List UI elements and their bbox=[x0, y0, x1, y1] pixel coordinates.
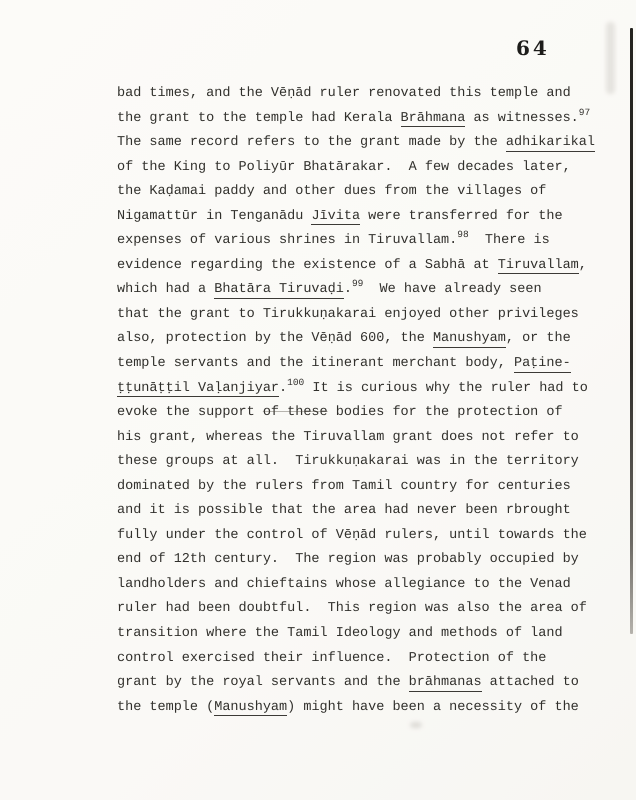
text-line: the temple (Manushyam) might have been a… bbox=[117, 696, 622, 721]
overstruck-text: of these bbox=[263, 405, 328, 420]
text-line: these groups at all. Tirukkuṇakarai was … bbox=[117, 450, 622, 475]
underlined-term: Brāhmana bbox=[401, 111, 466, 128]
text-run: the Kaḍamai paddy and other dues from th… bbox=[117, 184, 546, 199]
underlined-term: Bhatāra Tiruvaḍi bbox=[214, 282, 344, 299]
text-line: that the grant to Tirukkuṇakarai enjoyed… bbox=[117, 303, 622, 328]
scanned-document-page: 64 bad times, and the Vēṇād ruler renova… bbox=[0, 0, 636, 800]
text-line: ṭṭunāṭṭil Vaḷanjiyar.100 It is curious w… bbox=[117, 377, 622, 402]
text-run: as witnesses. bbox=[465, 111, 578, 126]
text-line: bad times, and the Vēṇād ruler renovated… bbox=[117, 82, 622, 107]
text-block: bad times, and the Vēṇād ruler renovated… bbox=[117, 82, 622, 720]
text-line: temple servants and the itinerant mercha… bbox=[117, 352, 622, 377]
text-run: , or the bbox=[506, 331, 571, 346]
text-run: The same record refers to the grant made… bbox=[117, 135, 506, 150]
text-line: which had a Bhatāra Tiruvaḍi.99 We have … bbox=[117, 278, 622, 303]
footnote-reference: 98 bbox=[457, 229, 468, 240]
text-run: . bbox=[344, 282, 352, 297]
text-run: bodies for the protection of bbox=[328, 405, 563, 420]
text-line: evoke the support of these bodies for th… bbox=[117, 401, 622, 426]
text-run: these groups at all. Tirukkuṇakarai was … bbox=[117, 454, 579, 469]
text-run: expenses of various shrines in Tiruvalla… bbox=[117, 233, 457, 248]
text-line: fully under the control of Vēṇād rulers,… bbox=[117, 524, 622, 549]
text-line: the grant to the temple had Kerala Brāhm… bbox=[117, 107, 622, 132]
text-line: his grant, whereas the Tiruvallam grant … bbox=[117, 426, 622, 451]
underlined-term: Paṭine- bbox=[514, 356, 571, 373]
text-line: dominated by the rulers from Tamil count… bbox=[117, 475, 622, 500]
text-run: were transferred for the bbox=[360, 209, 563, 224]
text-run: of the King to Poliyūr Bhatārakar. A few… bbox=[117, 160, 571, 175]
text-run: ) might have been a necessity of the bbox=[287, 700, 579, 715]
text-run: evidence regarding the existence of a Sa… bbox=[117, 258, 498, 273]
text-run: There is bbox=[469, 233, 550, 248]
footnote-reference: 99 bbox=[352, 278, 363, 289]
text-run: the grant to the temple had Kerala bbox=[117, 111, 401, 126]
text-run: end of 12th century. The region was prob… bbox=[117, 552, 579, 567]
text-line: Nigamattūr in Tenganādu Jīvita were tran… bbox=[117, 205, 622, 230]
text-run: bad times, and the Vēṇād ruler renovated… bbox=[117, 86, 571, 101]
text-run: Nigamattūr in Tenganādu bbox=[117, 209, 311, 224]
text-run: dominated by the rulers from Tamil count… bbox=[117, 479, 571, 494]
text-run: attached to bbox=[482, 675, 579, 690]
text-run: control exercised their influence. Prote… bbox=[117, 651, 546, 666]
footnote-reference: 100 bbox=[287, 377, 304, 388]
text-line: of the King to Poliyūr Bhatārakar. A few… bbox=[117, 156, 622, 181]
text-line: end of 12th century. The region was prob… bbox=[117, 548, 622, 573]
text-run: and it is possible that the area had nev… bbox=[117, 503, 571, 518]
text-line: transition where the Tamil Ideology and … bbox=[117, 622, 622, 647]
underlined-term: adhikarikal bbox=[506, 135, 595, 152]
scan-smudge bbox=[410, 722, 422, 728]
text-line: grant by the royal servants and the brāh… bbox=[117, 671, 622, 696]
text-line: control exercised their influence. Prote… bbox=[117, 647, 622, 672]
text-run: fully under the control of Vēṇād rulers,… bbox=[117, 528, 587, 543]
text-run: . bbox=[279, 381, 287, 396]
text-run: grant by the royal servants and the bbox=[117, 675, 409, 690]
underlined-term: Manushyam bbox=[433, 331, 506, 348]
underlined-term: brāhmanas bbox=[409, 675, 482, 692]
underlined-term: Manushyam bbox=[214, 700, 287, 717]
underlined-term: Jīvita bbox=[311, 209, 360, 226]
text-run: his grant, whereas the Tiruvallam grant … bbox=[117, 430, 579, 445]
text-run: also, protection by the Vēṇād 600, the bbox=[117, 331, 433, 346]
text-line: also, protection by the Vēṇād 600, the M… bbox=[117, 327, 622, 352]
text-run: ruler had been doubtful. This region was… bbox=[117, 601, 587, 616]
scan-edge-line bbox=[630, 28, 633, 634]
text-line: landholders and chieftains whose allegia… bbox=[117, 573, 622, 598]
text-line: ruler had been doubtful. This region was… bbox=[117, 597, 622, 622]
footnote-reference: 97 bbox=[579, 107, 590, 118]
text-run: landholders and chieftains whose allegia… bbox=[117, 577, 571, 592]
text-run: that the grant to Tirukkuṇakarai enjoyed… bbox=[117, 307, 579, 322]
text-run: transition where the Tamil Ideology and … bbox=[117, 626, 563, 641]
page-number: 64 bbox=[516, 36, 550, 60]
text-line: evidence regarding the existence of a Sa… bbox=[117, 254, 622, 279]
text-run: We have already seen bbox=[363, 282, 541, 297]
underlined-term: Tiruvallam bbox=[498, 258, 579, 275]
text-run: evoke the support bbox=[117, 405, 263, 420]
text-run: temple servants and the itinerant mercha… bbox=[117, 356, 514, 371]
text-line: and it is possible that the area had nev… bbox=[117, 499, 622, 524]
text-line: the Kaḍamai paddy and other dues from th… bbox=[117, 180, 622, 205]
text-line: The same record refers to the grant made… bbox=[117, 131, 622, 156]
scan-smudge bbox=[606, 22, 615, 94]
text-line: expenses of various shrines in Tiruvalla… bbox=[117, 229, 622, 254]
text-run: which had a bbox=[117, 282, 214, 297]
underlined-term: ṭṭunāṭṭil Vaḷanjiyar bbox=[117, 381, 279, 398]
text-run: , bbox=[579, 258, 587, 273]
text-run: It is curious why the ruler had to bbox=[304, 381, 588, 396]
text-run: the temple ( bbox=[117, 700, 214, 715]
